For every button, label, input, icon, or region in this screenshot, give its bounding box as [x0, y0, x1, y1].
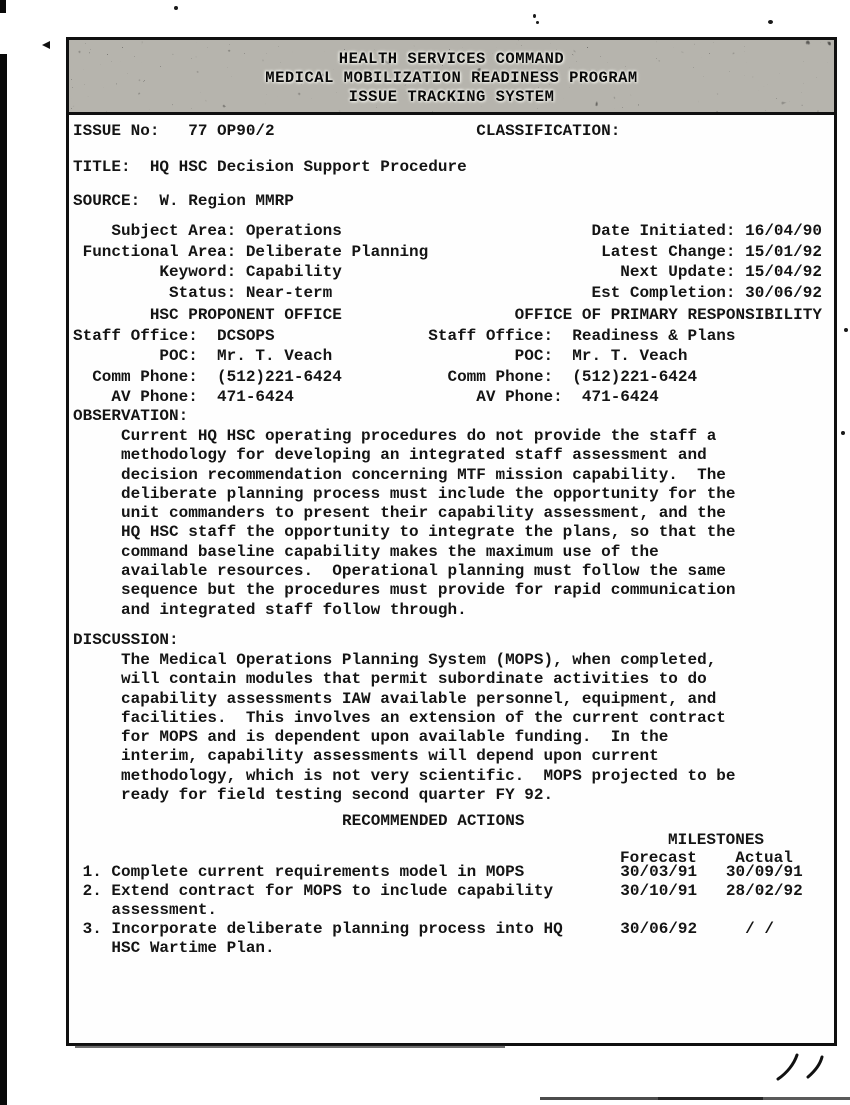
issue-number-line: ISSUE No: 77 OP90/2 CLASSIFICATION:	[73, 122, 620, 141]
actions-list: 1. Complete current requirements model i…	[73, 863, 803, 958]
ink-speck	[533, 14, 536, 18]
source-line: SOURCE: W. Region MMRP	[73, 192, 294, 211]
scan-edge-strip	[0, 54, 7, 1105]
offices-block: HSC PROPONENT OFFICE OFFICE OF PRIMARY R…	[73, 305, 822, 408]
ink-speck	[768, 20, 773, 24]
scan-partial-line	[540, 1097, 850, 1100]
discussion-heading: DISCUSSION:	[73, 631, 179, 650]
ink-speck	[536, 21, 539, 24]
discussion-body: The Medical Operations Planning System (…	[73, 651, 736, 805]
recommended-actions-title: RECOMMENDED ACTIONS	[342, 812, 524, 831]
observation-heading: OBSERVATION:	[73, 407, 188, 426]
handwritten-tick-marks	[775, 1052, 835, 1088]
title-line: TITLE: HQ HSC Decision Support Procedure	[73, 158, 467, 177]
ink-speck	[174, 6, 178, 10]
scan-smudge	[75, 1045, 505, 1048]
scanned-document-page: HEALTH SERVICES COMMAND MEDICAL MOBILIZA…	[0, 0, 850, 1105]
scan-edge-mark	[0, 0, 6, 13]
info-fields-block: Subject Area: Operations Date Initiated:…	[73, 221, 822, 303]
arrow-mark-icon	[42, 41, 50, 49]
observation-body: Current HQ HSC operating procedures do n…	[73, 427, 736, 620]
milestones-label: MILESTONES	[668, 831, 764, 850]
banner-title-lines: HEALTH SERVICES COMMAND MEDICAL MOBILIZA…	[69, 40, 834, 107]
ink-speck	[841, 431, 845, 435]
header-banner: HEALTH SERVICES COMMAND MEDICAL MOBILIZA…	[69, 40, 834, 115]
ink-speck	[844, 328, 848, 332]
